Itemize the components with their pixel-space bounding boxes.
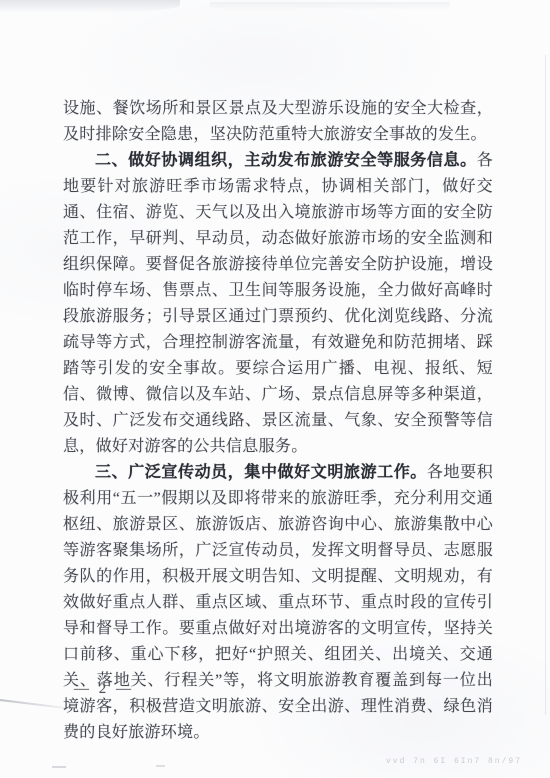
- paragraph-section-3: 三、广泛宣传动员，集中做好文明旅游工作。各地要积极利用“五一”假期以及即将带来的…: [63, 460, 493, 746]
- section-3-body: 各地要积极利用“五一”假期以及即将带来的旅游旺季，充分利用交通枢纽、旅游景区、旅…: [63, 464, 493, 741]
- section-3-heading: 三、广泛宣传动员，集中做好文明旅游工作。: [95, 464, 427, 481]
- scan-smudge-top-center: [210, 2, 450, 10]
- scanned-document-page: 设施、餐饮场所和景区景点及大型游乐设施的安全大检查，及时排除安全隐患，坚决防范重…: [0, 0, 550, 778]
- section-2-heading: 二、做好协调组织，主动发布旅游安全等服务信息。: [95, 152, 477, 169]
- section-2-body: 各地要针对旅游旺季市场需求特点，协调相关部门，做好交通、住宿、游览、天气以及出入…: [63, 152, 493, 455]
- document-body: 设施、餐饮场所和景区景点及大型游乐设施的安全大检查，及时排除安全隐患，坚决防范重…: [63, 96, 493, 746]
- paragraph-section-2: 二、做好协调组织，主动发布旅游安全等服务信息。各地要针对旅游旺季市场需求特点，协…: [63, 148, 493, 460]
- page-number: — 2 —: [74, 681, 134, 698]
- paragraph-continuation-text: 设施、餐饮场所和景区景点及大型游乐设施的安全大检查，及时排除安全隐患，坚决防范重…: [63, 100, 493, 143]
- scan-artifact-text: vvd 7n 6I 6In7 8n/97: [386, 757, 522, 766]
- paragraph-continuation: 设施、餐饮场所和景区景点及大型游乐设施的安全大检查，及时排除安全隐患，坚决防范重…: [63, 96, 493, 148]
- scan-speck: [156, 765, 165, 767]
- scan-smudge-top-left: [0, 0, 180, 13]
- scan-edge-line: [545, 55, 546, 715]
- scan-speck: [52, 766, 66, 768]
